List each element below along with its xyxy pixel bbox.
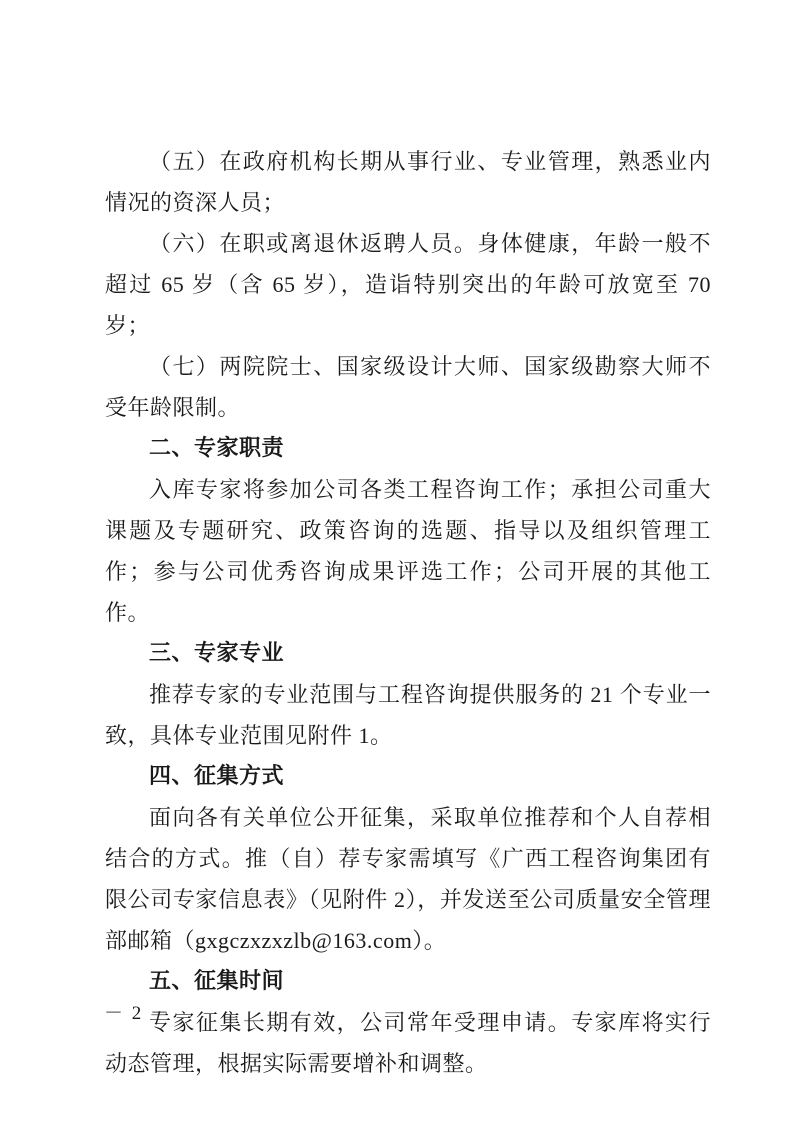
paragraph-item-6: （六）在职或离退休返聘人员。身体健康，年龄一般不超过 65 岁（含 65 岁），… xyxy=(105,223,711,346)
paragraph-method: 面向各有关单位公开征集，采取单位推荐和个人自荐相结合的方式。推（自）荐专家需填写… xyxy=(105,797,711,961)
paragraph-item-5: （五）在政府机构长期从事行业、专业管理，熟悉业内情况的资深人员； xyxy=(105,141,711,223)
section-heading-period: 五、征集时间 xyxy=(105,961,711,1002)
section-heading-duties: 二、专家职责 xyxy=(105,428,711,469)
section-heading-method: 四、征集方式 xyxy=(105,756,711,797)
section-heading-majors: 三、专家专业 xyxy=(105,633,711,674)
document-page: （五）在政府机构长期从事行业、专业管理，熟悉业内情况的资深人员； （六）在职或离… xyxy=(0,0,800,1131)
paragraph-majors: 推荐专家的专业范围与工程咨询提供服务的 21 个专业一致，具体专业范围见附件 1… xyxy=(105,674,711,756)
paragraph-period: 专家征集长期有效，公司常年受理申请。专家库将实行动态管理，根据实际需要增补和调整… xyxy=(105,1002,711,1084)
document-body: （五）在政府机构长期从事行业、专业管理，熟悉业内情况的资深人员； （六）在职或离… xyxy=(105,141,711,1084)
paragraph-item-7: （七）两院院士、国家级设计大师、国家级勘察大师不受年龄限制。 xyxy=(105,346,711,428)
paragraph-duties: 入库专家将参加公司各类工程咨询工作；承担公司重大课题及专题研究、政策咨询的选题、… xyxy=(105,469,711,633)
page-number: － 2 － xyxy=(104,999,171,1029)
